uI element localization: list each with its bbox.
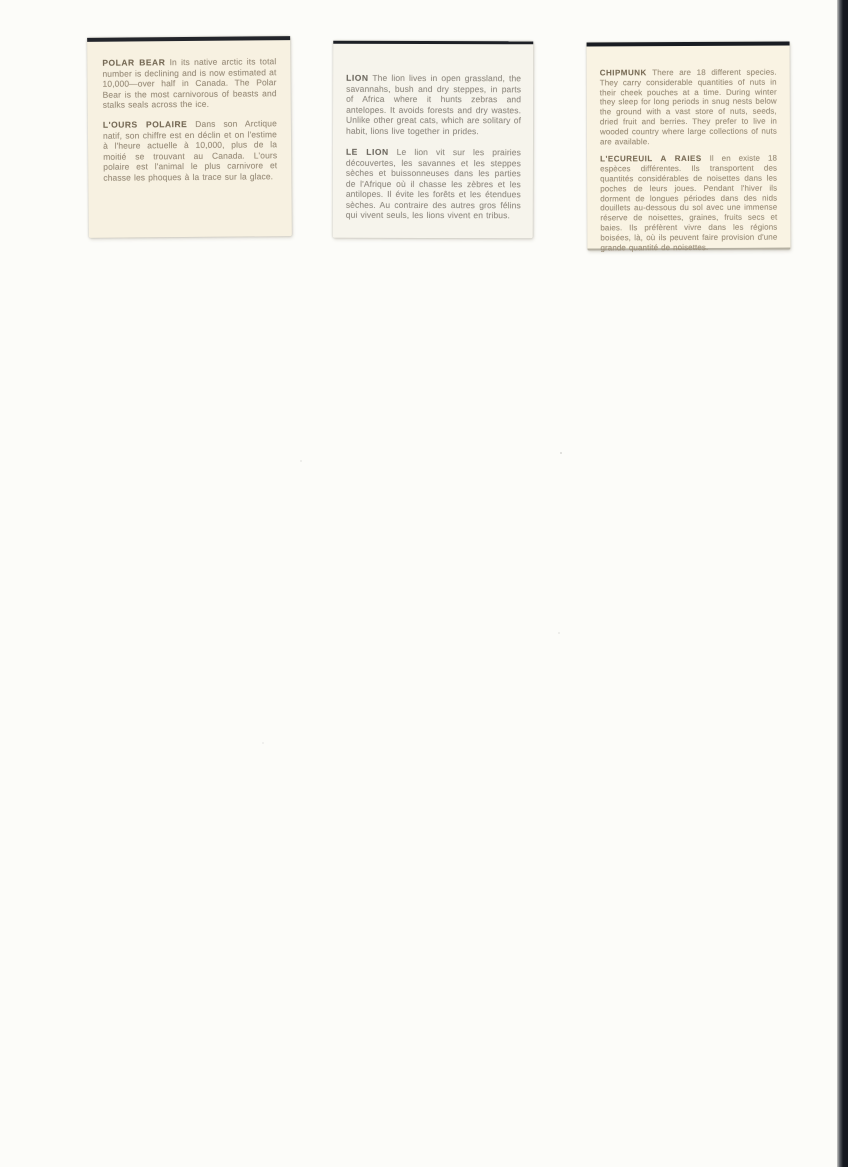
card-text-area: CHIPMUNK There are 18 different species.… (587, 46, 791, 253)
card-text-english: The lion lives in open grassland, the sa… (346, 73, 521, 136)
english-paragraph: CHIPMUNK There are 18 different species.… (600, 68, 777, 147)
card-title-english: CHIPMUNK (600, 68, 647, 77)
card-title-english: LION (346, 73, 368, 83)
english-paragraph: POLAR BEAR In its native arctic its tota… (102, 56, 276, 110)
scan-speck (262, 742, 264, 744)
trading-card-lion: LION The lion lives in open grassland, t… (333, 41, 534, 239)
card-title-french: L'OURS POLAIRE (103, 119, 187, 130)
card-title-english: POLAR BEAR (102, 57, 165, 68)
trading-card-polar-bear: POLAR BEAR In its native arctic its tota… (87, 36, 292, 238)
card-text-french: Il en existe 18 espèces différentes. Ils… (600, 154, 777, 252)
card-text-french: Le lion vit sur les prairies découvertes… (346, 147, 521, 220)
scan-speck (560, 452, 562, 454)
french-paragraph: L'OURS POLAIRE Dans son Arctique natif, … (103, 118, 278, 183)
card-text-area: POLAR BEAR In its native arctic its tota… (87, 40, 291, 183)
card-text-english: There are 18 different species. They car… (600, 68, 777, 146)
scanned-page: POLAR BEAR In its native arctic its tota… (0, 0, 848, 1167)
scanner-edge-strip (837, 0, 848, 1167)
scan-speck (558, 632, 560, 634)
french-paragraph: L'ECUREUIL A RAIES Il en existe 18 espèc… (600, 154, 777, 253)
french-paragraph: LE LION Le lion vit sur les prairies déc… (346, 147, 521, 221)
english-paragraph: LION The lion lives in open grassland, t… (346, 73, 521, 136)
card-title-french: LE LION (346, 147, 389, 157)
trading-card-chipmunk: CHIPMUNK There are 18 different species.… (587, 42, 791, 251)
card-text-area: LION The lion lives in open grassland, t… (333, 44, 533, 221)
scan-speck (300, 460, 302, 462)
card-title-french: L'ECUREUIL A RAIES (600, 154, 702, 163)
